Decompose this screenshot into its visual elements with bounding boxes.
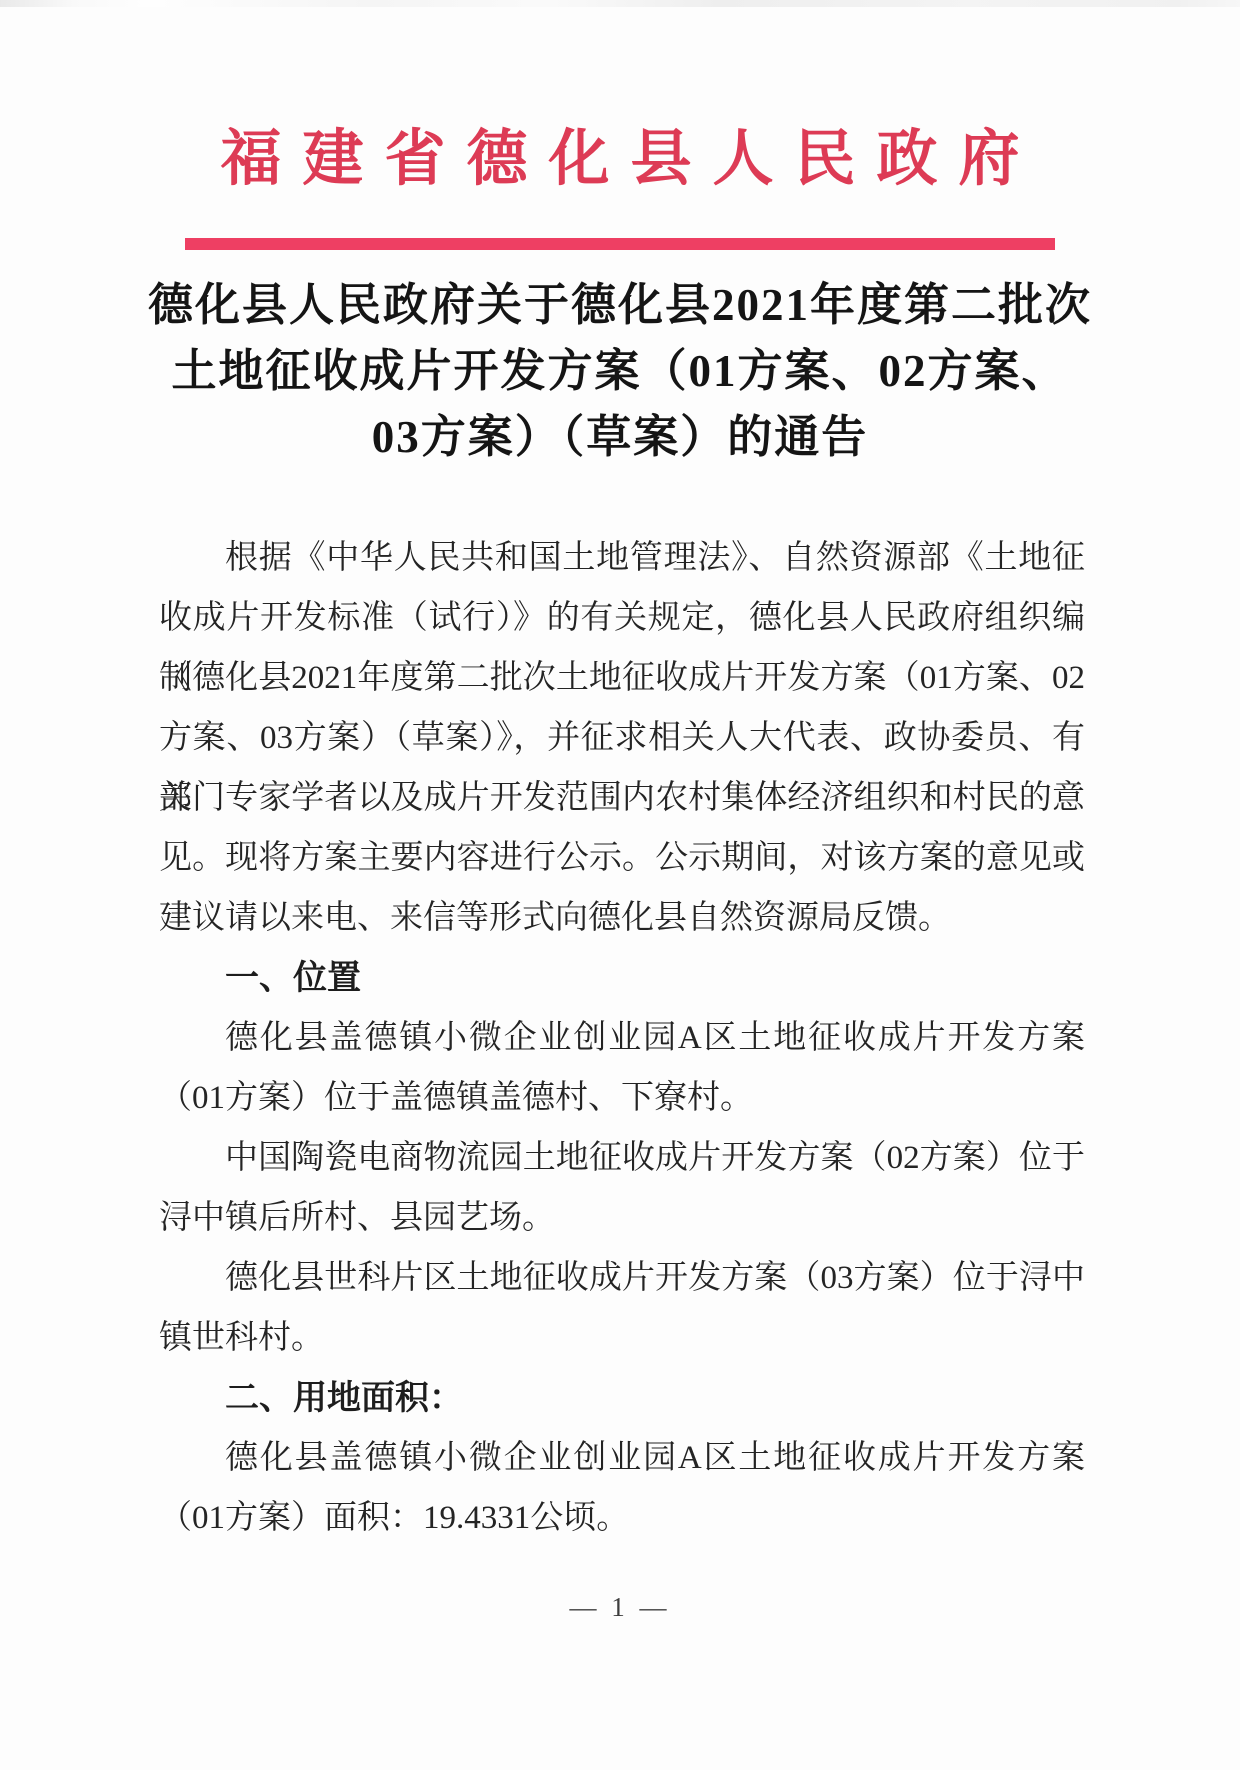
document-title-line: 德化县人民政府关于德化县2021年度第二批次 (70, 272, 1170, 338)
body-line: 《德化县2021年度第二批次土地征收成片开发方案（01方案、02 (159, 648, 1085, 708)
body-line: （01方案）位于盖德镇盖德村、下寮村。 (159, 1068, 1085, 1128)
body-line: 德化县盖德镇小微企业创业园A区土地征收成片开发方案 (159, 1428, 1085, 1488)
body-line: 德化县世科片区土地征收成片开发方案（03方案）位于浔中 (159, 1248, 1085, 1308)
section-heading-location: 一、位置 (159, 948, 1085, 1008)
document-body: 根据《中华人民共和国土地管理法》、自然资源部《土地征 收成片开发标准（试行）》的… (159, 528, 1085, 1548)
page-number: — 1 — (0, 1592, 1240, 1623)
body-line: （01方案）面积：19.4331公顷。 (159, 1488, 1085, 1548)
body-line: 收成片开发标准（试行）》的有关规定，德化县人民政府组织编制 (159, 588, 1085, 648)
scan-artifact-top-edge (0, 0, 1240, 7)
document-title: 德化县人民政府关于德化县2021年度第二批次 土地征收成片开发方案（01方案、0… (70, 272, 1170, 470)
section-heading-land-area: 二、用地面积： (159, 1368, 1085, 1428)
document-title-line: 土地征收成片开发方案（01方案、02方案、 (70, 338, 1170, 404)
body-line: 部门专家学者以及成片开发范围内农村集体经济组织和村民的意 (159, 768, 1085, 828)
body-line: 方案、03方案）（草案）》，并征求相关人大代表、政协委员、有关 (159, 708, 1085, 768)
body-line: 德化县盖德镇小微企业创业园A区土地征收成片开发方案 (159, 1008, 1085, 1068)
body-line: 根据《中华人民共和国土地管理法》、自然资源部《土地征 (159, 528, 1085, 588)
document-title-line: 03方案）（草案）的通告 (70, 404, 1170, 470)
body-line: 浔中镇后所村、县园艺场。 (159, 1188, 1085, 1248)
body-line: 镇世科村。 (159, 1308, 1085, 1368)
body-line: 见。现将方案主要内容进行公示。公示期间，对该方案的意见或 (159, 828, 1085, 888)
letterhead-org-name: 福建省德化县人民政府 (0, 120, 1240, 200)
letterhead-divider-rule (185, 238, 1055, 250)
body-line: 中国陶瓷电商物流园土地征收成片开发方案（02方案）位于 (159, 1128, 1085, 1188)
body-line: 建议请以来电、来信等形式向德化县自然资源局反馈。 (159, 888, 1085, 948)
document-page: 福建省德化县人民政府 德化县人民政府关于德化县2021年度第二批次 土地征收成片… (0, 0, 1240, 1770)
